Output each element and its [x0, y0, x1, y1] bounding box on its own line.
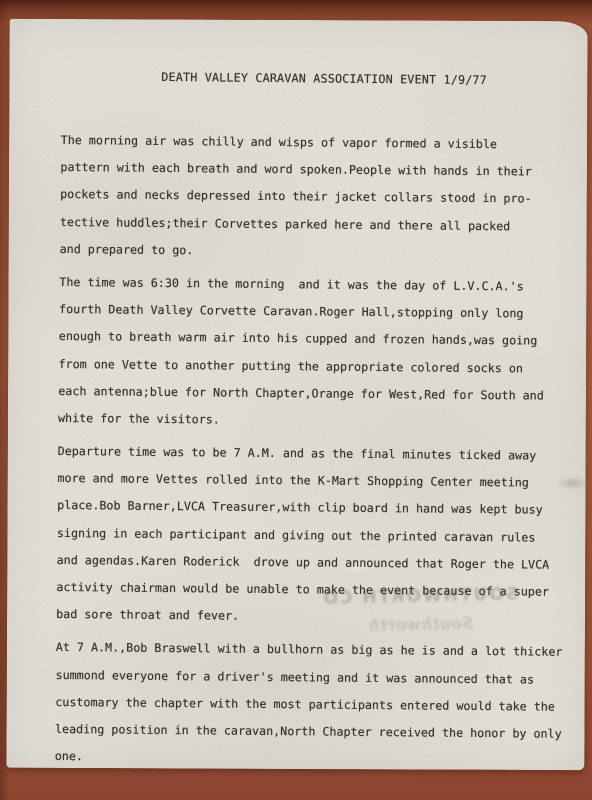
paragraph: The time was 6:30 in the morning and it … — [58, 269, 586, 437]
text-line: one. — [55, 743, 581, 775]
document-title: DEATH VALLEY CARAVAN ASSOCIATION EVENT 1… — [61, 63, 587, 95]
text-line: bad sore throat and fever. — [56, 601, 582, 633]
text-line: enough to breath warm air into his cuppe… — [59, 323, 585, 355]
text-line: white for the visitors. — [58, 405, 584, 437]
paragraph: At 7 A.M.,Bob Braswell with a bullhorn a… — [55, 634, 582, 775]
paragraph: The morning air was chilly and wisps of … — [60, 127, 587, 268]
paragraph: Departure time was to be 7 A.M. and as t… — [56, 438, 584, 633]
typed-text-block: DEATH VALLEY CARAVAN ASSOCIATION EVENT 1… — [55, 63, 588, 781]
text-line: leading position in the caravan,North Ch… — [55, 716, 581, 748]
document-page: SOUTHWORTH CO Southworth DEATH VALLEY CA… — [6, 19, 587, 771]
text-line: and prepared to go. — [60, 236, 586, 268]
